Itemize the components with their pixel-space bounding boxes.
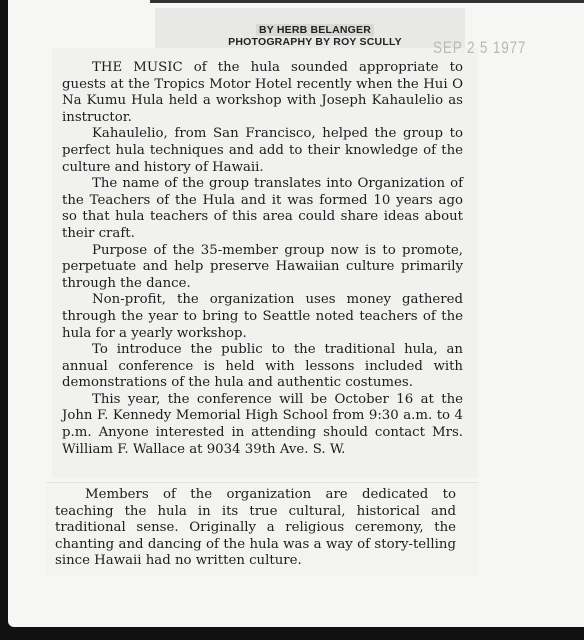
- scan-edge: [150, 0, 584, 3]
- paragraph: To introduce the public to the tradition…: [62, 342, 463, 392]
- paragraph: Members of the organization are dedicate…: [55, 487, 456, 570]
- paragraph: Non-profit, the organization uses money …: [62, 292, 463, 342]
- photo-credit: PHOTOGRAPHY BY ROY SCULLY: [200, 36, 430, 48]
- paragraph: THE MUSIC of the hula sounded appropriat…: [62, 60, 463, 126]
- paragraph: This year, the conference will be Octobe…: [62, 392, 463, 458]
- date-stamp: SEP 2 5 1977: [433, 38, 526, 58]
- paragraph: Purpose of the 35-member group now is to…: [62, 243, 463, 293]
- byline: BY HERB BELANGER PHOTOGRAPHY BY ROY SCUL…: [200, 24, 430, 48]
- scan-bottom-edge: [8, 627, 584, 640]
- paragraph: Kahaulelio, from San Francisco, helped t…: [62, 126, 463, 176]
- paragraph: The name of the group translates into Or…: [62, 176, 463, 242]
- article-body: THE MUSIC of the hula sounded appropriat…: [62, 60, 463, 458]
- second-clipping-text: Members of the organization are dedicate…: [55, 487, 456, 570]
- author-credit: BY HERB BELANGER: [256, 24, 374, 36]
